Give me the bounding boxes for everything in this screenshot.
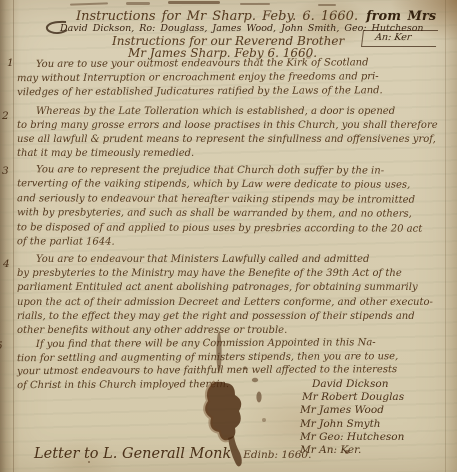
docket-place-date: Edinb: 1660. xyxy=(243,449,311,461)
signature-1: David Dickson xyxy=(300,378,404,391)
docket-text: Letter to L. Generall Monk xyxy=(34,446,231,462)
header-title-text: Instructions for Mr Sharp. Feby. 6. 1660… xyxy=(76,9,358,24)
paragraph-3: You are to represent the prejudice that … xyxy=(17,163,450,251)
margin-number-1: 1 xyxy=(7,57,14,69)
paper-speck xyxy=(345,450,349,454)
signature-4: Mr John Smyth xyxy=(300,418,404,431)
paper-speck xyxy=(306,56,311,59)
margin-number-4: 4 xyxy=(3,258,10,270)
docket-line: Letter to L. Generall MonkEdinb: 1660. xyxy=(34,446,311,462)
left-fold-line xyxy=(13,0,14,472)
manuscript-line: use all lawfull & prudent means to repre… xyxy=(17,133,450,147)
manuscript-line: You are to endeavour that Ministers Lawf… xyxy=(17,253,450,267)
paragraph-4: You are to endeavour that Ministers Lawf… xyxy=(17,253,450,338)
manuscript-line: parliament Entituled act anent abolishin… xyxy=(17,281,450,295)
manuscript-line: viledges of her established Judicatures … xyxy=(17,84,450,100)
manuscript-line: to bring many grosse errors and loose pr… xyxy=(17,119,450,133)
paragraph-2: Whereas by the Late Tolleration which is… xyxy=(17,105,450,161)
signature-5: Mr Geo: Hutcheson xyxy=(300,431,404,444)
cropped-top-line-fragment xyxy=(126,2,150,5)
cropped-top-line-fragment xyxy=(168,1,220,4)
manuscript-line: Whereas by the Late Tolleration which is… xyxy=(17,105,450,119)
manuscript-line: upon the act of their admission Decreet … xyxy=(17,296,450,310)
manuscript-line: and seriously to endeavour that hereafte… xyxy=(17,192,450,208)
paper-speck xyxy=(88,461,90,463)
signature-3: Mr James Wood xyxy=(300,404,404,417)
manuscript-page: Instructions for Mr Sharp. Feby. 6. 1660… xyxy=(0,0,457,472)
manuscript-line: of the parliat 1644. xyxy=(17,235,450,251)
margin-number-3: 3 xyxy=(2,165,9,177)
header-title-line: Instructions for Mr Sharp. Feby. 6. 1660… xyxy=(76,9,436,24)
cropped-top-line-fragment xyxy=(70,2,108,5)
signature-list: David Dickson Mr Robert Douglas Mr James… xyxy=(300,378,404,457)
margin-number-2: 2 xyxy=(2,110,9,122)
header-from-note: from Mrs xyxy=(366,9,436,24)
manuscript-line: with by presbyteries, and such as shall … xyxy=(17,206,450,222)
manuscript-line: your utmost endeavours to have faithfull… xyxy=(17,363,450,379)
paragraph-1: You are to use your outmost endeavours t… xyxy=(17,56,450,100)
cropped-top-line-fragment xyxy=(240,3,270,5)
cropped-top-line-fragment xyxy=(318,4,336,6)
margin-number-5: 5 xyxy=(0,340,3,352)
manuscript-line: to be disposed of and applied to pious u… xyxy=(17,221,450,237)
signature-6: Mr An: Ker. xyxy=(300,444,404,457)
manuscript-line: by presbyteries to the Ministry may have… xyxy=(17,267,450,281)
manuscript-line: that it may be timeously remedied. xyxy=(17,147,450,161)
manuscript-line: rialls, to the effect they may get the r… xyxy=(17,310,450,324)
manuscript-line: You are to represent the prejudice that … xyxy=(17,163,450,179)
manuscript-line: terverting of the vaiking stipends, whic… xyxy=(17,178,450,194)
signature-2: Mr Robert Douglas xyxy=(300,391,404,404)
annotation-box: An: Ker xyxy=(361,30,438,47)
